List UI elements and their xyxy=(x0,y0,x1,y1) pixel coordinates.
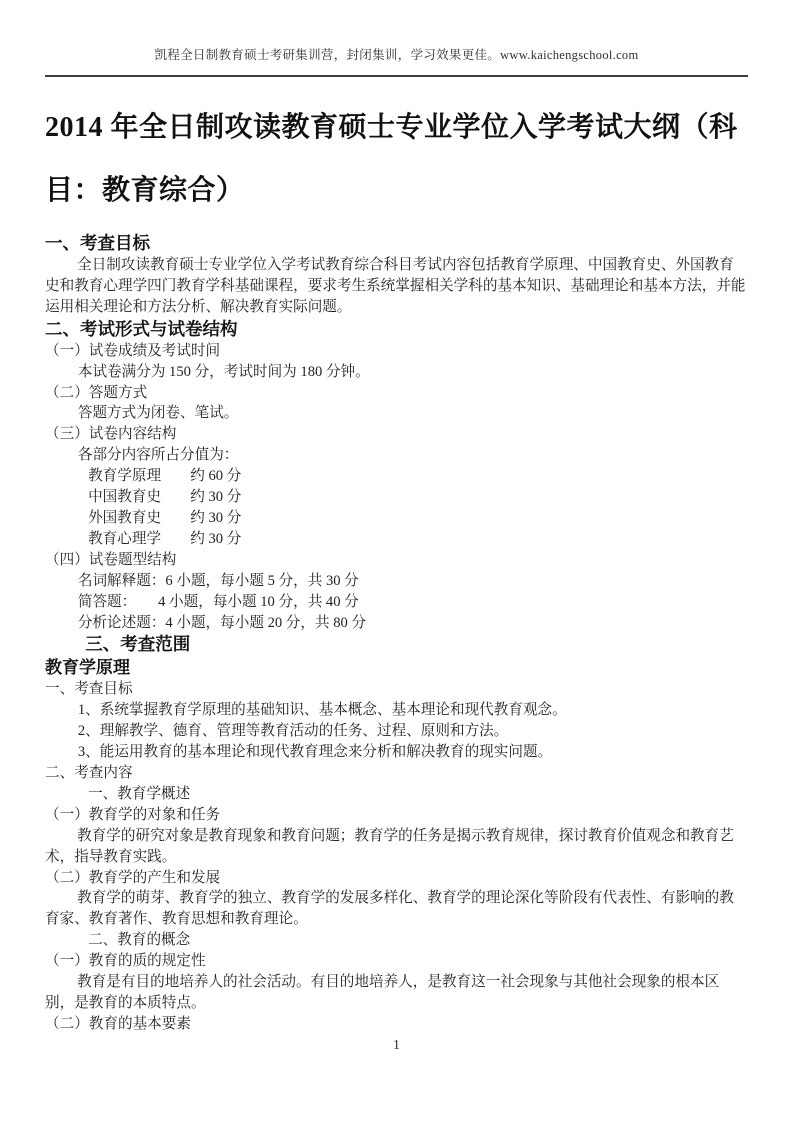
page-number: 1 xyxy=(393,1037,400,1052)
para-duixiang-renwu: 教育学的研究对象是教育现象和教育问题；教育学的任务是揭示教育规律，探讨教育价值观… xyxy=(45,826,748,868)
line-score-jiaoyuxue-yuanli: 教育学原理 约 60 分 xyxy=(45,466,748,487)
heading-kaocha-mubiao: 一、考查目标 xyxy=(45,232,748,255)
heading-kaocha-fanwei: 三、考查范围 xyxy=(45,633,748,656)
page-footer: 1 xyxy=(0,1037,793,1053)
sub-dati-fangshi: （二）答题方式 xyxy=(45,383,748,404)
sub-jiaoyuxue-gaishu: 一、教育学概述 xyxy=(45,784,748,805)
sub-jiben-yaosu: （二）教育的基本要素 xyxy=(45,1014,748,1035)
header-divider xyxy=(45,75,748,77)
sub-tixing-jiegou: （四）试卷题型结构 xyxy=(45,550,748,571)
sub-zhide-guidingxing: （一）教育的质的规定性 xyxy=(45,951,748,972)
document-body: 一、考查目标全日制攻读教育硕士专业学位入学考试教育综合科目考试内容包括教育学原理… xyxy=(45,232,748,1035)
header-text: 凯程全日制教育硕士考研集训营，封闭集训，学习效果更佳。www.kaichengs… xyxy=(155,48,639,62)
line-score-zhongguo-jiaoyushi: 中国教育史 约 30 分 xyxy=(45,487,748,508)
document-page: 凯程全日制教育硕士考研集训营，封闭集训，学习效果更佳。www.kaichengs… xyxy=(0,0,793,1122)
line-mubiao-item-3: 3、能运用教育的基本理论和现代教育理念来分析和解决教育的现实问题。 xyxy=(45,742,748,763)
line-mubiao-item-2: 2、理解教学、德育、管理等教育活动的任务、过程、原则和方法。 xyxy=(45,721,748,742)
heading-kaoshi-xingshi: 二、考试形式与试卷结构 xyxy=(45,318,748,341)
para-kaocha-mubiao: 全日制攻读教育硕士专业学位入学考试教育综合科目考试内容包括教育学原理、中国教育史… xyxy=(45,255,748,318)
line-jianda: 简答题： 4 小题，每小题 10 分，共 40 分 xyxy=(45,592,748,613)
line-fenxi-lunshu: 分析论述题：4 小题，每小题 20 分，共 80 分 xyxy=(45,613,748,634)
document-content: 2014 年全日制攻读教育硕士专业学位入学考试大纲（科目：教育综合） 一、考查目… xyxy=(45,96,748,1035)
line-fenzhi-intro: 各部分内容所占分值为： xyxy=(45,445,748,466)
line-dati-fangshi: 答题方式为闭卷、笔试。 xyxy=(45,403,748,424)
sub-duixiang-renwu: （一）教育学的对象和任务 xyxy=(45,805,748,826)
sub-jiaoyu-gainian: 二、教育的概念 xyxy=(45,930,748,951)
sub-kaocha-neirong: 二、考查内容 xyxy=(45,763,748,784)
line-score-jiaoyu-xinlixue: 教育心理学 约 30 分 xyxy=(45,529,748,550)
line-mubiao-item-1: 1、系统掌握教育学原理的基础知识、基本概念、基本理论和现代教育观念。 xyxy=(45,700,748,721)
heading-jiaoyuxue-yuanli: 教育学原理 xyxy=(45,656,748,679)
page-header: 凯程全日制教育硕士考研集训营，封闭集训，学习效果更佳。www.kaichengs… xyxy=(45,47,748,64)
line-score-waiguo-jiaoyushi: 外国教育史 约 30 分 xyxy=(45,508,748,529)
para-zhide-guidingxing: 教育是有目的地培养人的社会活动。有目的地培养人，是教育这一社会现象与其他社会现象… xyxy=(45,972,748,1014)
sub-shijuan-chengji: （一）试卷成绩及考试时间 xyxy=(45,341,748,362)
sub-neirong-jiegou: （三）试卷内容结构 xyxy=(45,424,748,445)
para-chansheng-fazhan: 教育学的萌芽、教育学的独立、教育学的发展多样化、教育学的理论深化等阶段有代表性、… xyxy=(45,888,748,930)
line-mingci-jieshi: 名词解释题：6 小题，每小题 5 分，共 30 分 xyxy=(45,571,748,592)
line-manfen: 本试卷满分为 150 分，考试时间为 180 分钟。 xyxy=(45,362,748,383)
document-title: 2014 年全日制攻读教育硕士专业学位入学考试大纲（科目：教育综合） xyxy=(45,96,748,222)
sub-chansheng-fazhan: （二）教育学的产生和发展 xyxy=(45,868,748,889)
sub-kaocha-mubiao-2: 一、考查目标 xyxy=(45,679,748,700)
